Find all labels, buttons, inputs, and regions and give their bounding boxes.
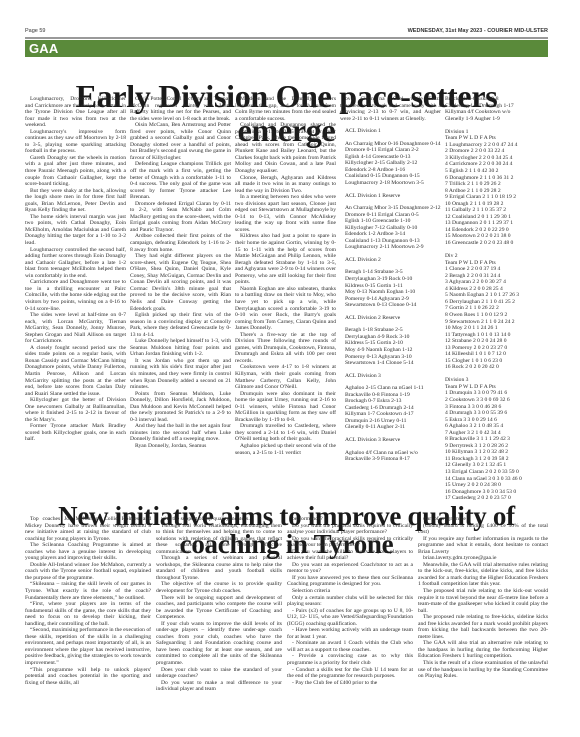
paragraph: They had eight different players on the …: [130, 253, 231, 312]
result-line: Loughmacrory 2-11 Moortown 2-9: [343, 244, 441, 251]
result-line: Brackaville 3-9 Fintona 8-17: [343, 456, 441, 463]
result-line: Stewartstown 1-4 Clonoe 5-14: [343, 360, 441, 367]
paragraph: If your club wants to improve the skill …: [156, 621, 282, 667]
paragraph: This is the result of a close examinatio…: [418, 660, 548, 680]
article2-column-3: performance?Do you want the practical sk…: [287, 516, 413, 686]
paragraph: There's a five-way tie at the top of Div…: [235, 332, 336, 365]
results-heading: ACL Division 2 Reserve: [345, 315, 441, 322]
results-heading: ACL Division 1: [345, 128, 441, 135]
paragraph: Muldoon and the Donnelly brothers increa…: [235, 96, 336, 122]
paragraph: Loughmacrory, Dromore, Killyclogher and …: [25, 96, 126, 129]
paragraph: The proposed rule relating to free-kicks…: [418, 614, 548, 640]
section-title: GAA: [29, 41, 59, 56]
paragraph: (County Board is funding £400 i.e 50% of…: [418, 523, 548, 536]
results-heading: ACL Division 2: [345, 257, 441, 264]
paragraph: Oisin McCann, Ben Armstrong and Potter f…: [130, 122, 231, 161]
paragraph: - Nominate an award 1 Coach within the C…: [287, 640, 413, 653]
paragraph: Do you want to make a real difference to…: [156, 680, 282, 693]
paragraph: Ryan Donnelly, Jordan, Seamus: [130, 443, 231, 450]
result-line: An Charraig Mhor 3-15 Donaghmore 2-12: [343, 205, 441, 212]
paragraph: The sides were level at half-time on 0-7…: [25, 312, 126, 345]
result-line: Stewartstown 0-13 Clonoe 0-14: [343, 302, 441, 309]
paragraph: Carrickmore and Donaghmore went toe to t…: [25, 279, 126, 312]
article2-column-2: with the support of top quality mentors.…: [156, 516, 282, 693]
paragraph: Cookstown were 4-17 to 1-8 winners at Ki…: [235, 364, 336, 390]
paragraph: Kildress also had just a point to spare …: [235, 233, 336, 285]
paragraph: It was Jordan who got them up and runnin…: [130, 358, 231, 391]
paragraph: Do you want the practical skills require…: [287, 536, 413, 549]
results-heading: ACL Division 3: [345, 373, 441, 380]
section-band: GAA: [25, 40, 548, 57]
paragraph: But they were shaky at the back, allowin…: [25, 188, 126, 214]
result-line: Glenelly 0-11 Augher 2-11: [343, 424, 441, 431]
paragraph: Loughmacrory's impressive form continues…: [25, 129, 126, 155]
paragraph: “This programme will help to unlock play…: [25, 667, 151, 687]
results-column: over Clann na nGael, while Eskra travell…: [340, 96, 441, 463]
paragraph: Meanwhile, the GAA will trial alternativ…: [418, 562, 548, 588]
paragraph: “Skileanna – raising the skill levels of…: [25, 581, 151, 601]
paragraph: If you require any further information i…: [418, 536, 548, 556]
paragraph: And they had the ball in the net again f…: [130, 423, 231, 443]
paragraph: Clonoe, Beragh, Aghyaran and Kildress al…: [235, 175, 336, 195]
paragraph: Through a series of webinars and practic…: [156, 555, 282, 581]
league-tables-column: Brockagh 3-6 Eskra 9-8Castlederg 1-8 Dru…: [445, 96, 548, 502]
paragraph: Dromore defeated Errigal Ciaran by 0-11 …: [130, 201, 231, 234]
paragraph: The objective of the course is to provid…: [156, 581, 282, 594]
article1-column-2: Gavin Potter, Conall McCann and Tiernan …: [130, 96, 231, 450]
paragraph: - Conduct a skills test for the Club U 1…: [287, 667, 413, 680]
paragraph: Ardboe collected their first points of t…: [130, 233, 231, 253]
paragraph: Naomh Eoghan are also unbeaten, thanks t…: [235, 286, 336, 332]
paragraph: Aghaloo picked up their second win of th…: [235, 443, 336, 456]
paragraph: - Pay the Club fee of £400 prior to the: [287, 680, 413, 687]
paragraph: Eglish picked up their first win of the …: [130, 312, 231, 338]
paragraph: Loughmacrory controlled the second half,…: [25, 247, 126, 280]
paragraph: Killyclogher got the better of Division …: [25, 397, 126, 423]
paragraph: The proposed trial rule relating to the …: [418, 588, 548, 614]
paragraph: Only a certain number clubs will be sele…: [287, 595, 413, 608]
paragraph: Defending League champions Trillick got …: [130, 161, 231, 200]
paragraph: “First, where your players are in terms …: [25, 601, 151, 627]
article2-column-1: Top coaches Joe McMahon, Collie Holmes a…: [25, 516, 151, 686]
paragraph: Top coaches Joe McMahon, Collie Holmes a…: [25, 516, 151, 542]
paragraph: - Provide a convincing case as to why th…: [287, 653, 413, 666]
article1-column-3: Muldoon and the Donnelly brothers increa…: [235, 96, 336, 456]
paragraph: Double All-Ireland winner Joe McMahon, c…: [25, 562, 151, 582]
results-heading: ACL Division 3 Reserve: [345, 437, 441, 444]
paragraph: Do you want the practical skills require…: [287, 523, 413, 536]
page-number: Page 59: [25, 28, 46, 34]
paragraph: Gareth Donaghy set the wheels in motion …: [25, 155, 126, 188]
paragraph: The home side's interval margin was just…: [25, 214, 126, 247]
paragraph: Do you want an experienced Coach/tutor t…: [287, 562, 413, 575]
paragraph: - Pairs (x3) of coaches for age groups u…: [287, 608, 413, 628]
results-heading: ACL Division 1 Reserve: [345, 193, 441, 200]
paragraph: Luke Donnelly helped himself to 1-3, wit…: [130, 338, 231, 358]
paragraph: There will be ongoing support and develo…: [156, 595, 282, 621]
dateline: WEDNESDAY, 31st May 2023 - COURIER MID-U…: [408, 28, 548, 34]
article1-column-1: Loughmacrory, Dromore, Killyclogher and …: [25, 96, 126, 443]
article2-column-4: start of programme(County Board is fundi…: [418, 516, 548, 680]
paragraph: Through real world relationships, encour…: [156, 523, 282, 556]
paragraph: Points from Seamus Muldoon, Luke Donnell…: [130, 391, 231, 424]
paragraph: - Have been working actively with an und…: [287, 627, 413, 640]
paragraph: Coalisland and Dungannon shared the poin…: [235, 122, 336, 174]
paragraph: The Scileanna Coaching Programme is aime…: [25, 542, 151, 562]
result-line: Loughmacrory 2-18 Moortown 3-5: [343, 180, 441, 187]
results-intro: over Clann na nGael, while Eskra travell…: [340, 96, 441, 122]
paragraph: Drumragh travelled to Castlederg, where …: [235, 423, 336, 443]
paragraph: A closely fought second period saw the s…: [25, 345, 126, 397]
header-rule: [25, 37, 548, 39]
paragraph: Drumquin were also dominant in their hom…: [235, 391, 336, 424]
paragraph: Gavin Potter, Conall McCann and Tiernan …: [130, 96, 231, 122]
paragraph: If you have answered yes to these then o…: [287, 575, 413, 588]
paragraph: Do you want the skills to motivate your …: [287, 549, 413, 562]
paragraph: Does your club want to raise the standar…: [156, 667, 282, 680]
paragraph: Former Tyrone attacker Mark Bradley scor…: [25, 423, 126, 443]
paragraph: In a meeting between two sides who were …: [235, 194, 336, 233]
newspaper-page: Page 59 WEDNESDAY, 31st May 2023 - COURI…: [25, 0, 548, 737]
paragraph: “Second, maximising performance in the e…: [25, 627, 151, 666]
paragraph: The GAA will also trial an alternative r…: [418, 640, 548, 660]
